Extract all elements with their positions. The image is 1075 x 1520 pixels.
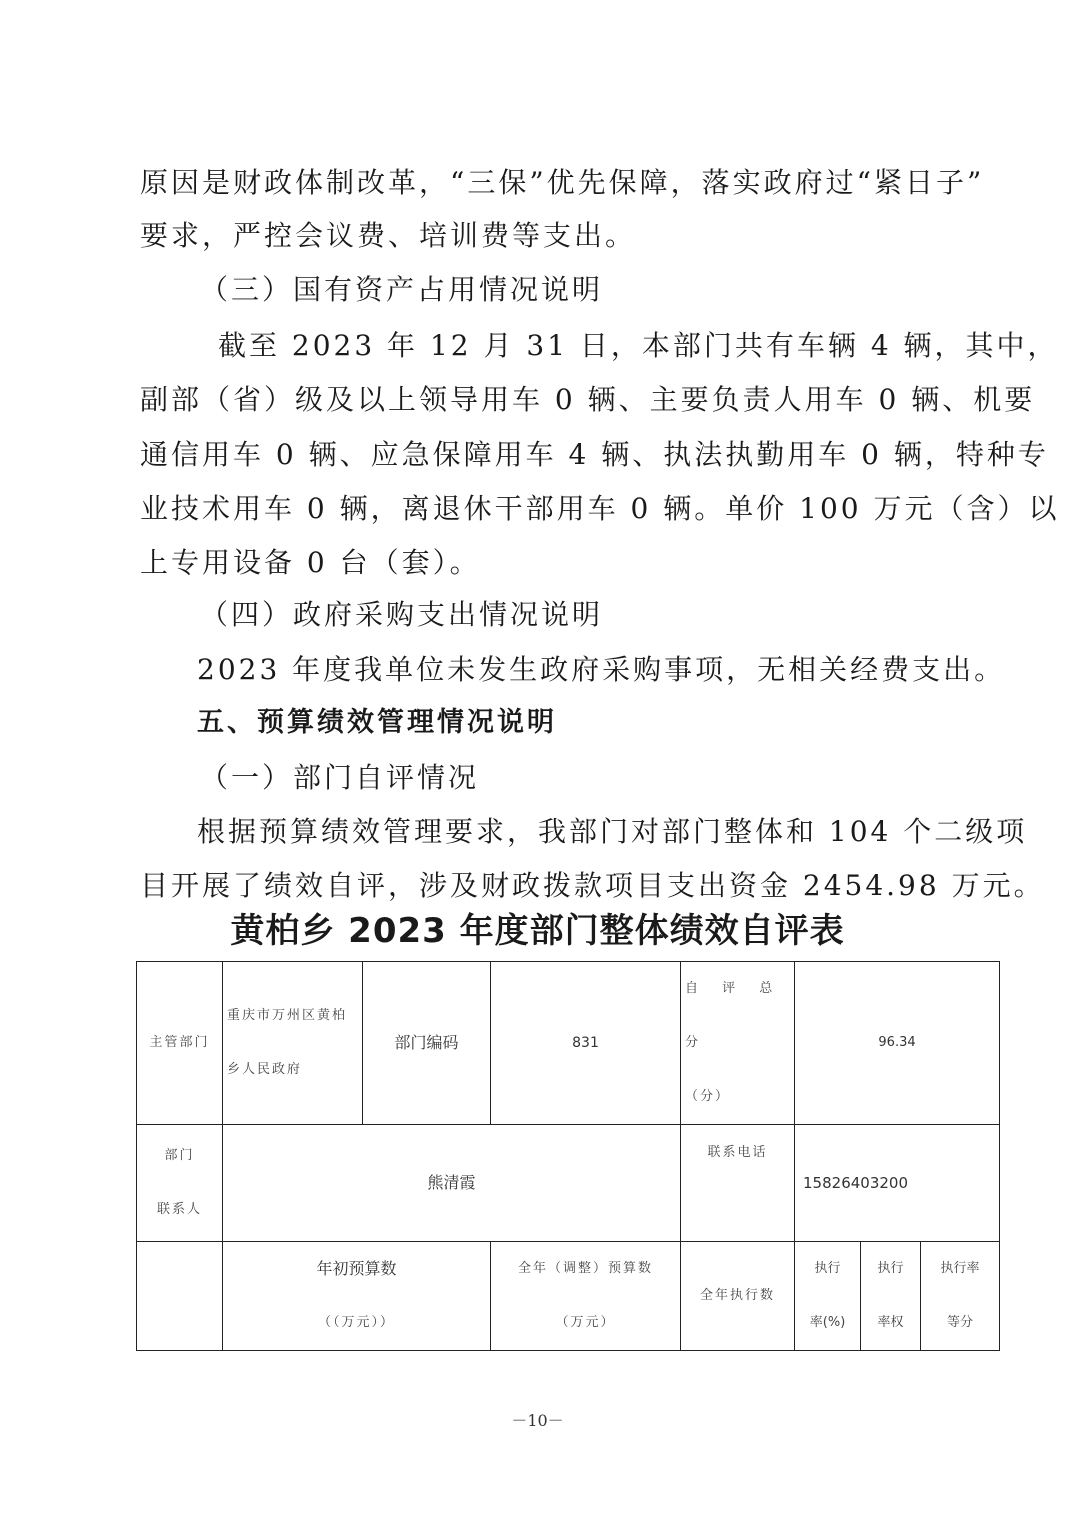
paragraph-line: 业技术用车 0 辆，离退休干部用车 0 辆。单价 100 万元（含）以 (140, 489, 940, 529)
header-initial-budget: 年初预算数 （（万元）） (223, 1242, 491, 1351)
section-heading-3: （三）国有资产占用情况说明 (200, 270, 1000, 310)
label-supervising-dept: 主管部门 (137, 962, 223, 1125)
label-contact-person: 部门 联系人 (137, 1125, 223, 1242)
header-annual-execution: 全年执行数 (681, 1242, 795, 1351)
table-row: 部门 联系人 熊清霞 联系电话 15826403200 (137, 1125, 1000, 1242)
phone-value: 15826403200 (795, 1125, 1000, 1242)
contact-person-value: 熊清霞 (223, 1125, 681, 1242)
label-dept-code: 部门编码 (363, 962, 491, 1125)
paragraph-line: 2023 年度我单位未发生政府采购事项，无相关经费支出。 (197, 650, 997, 690)
paragraph-line: 目开展了绩效自评，涉及财政拨款项目支出资金 2454.98 万元。 (140, 866, 940, 906)
self-evaluation-table: 主管部门 重庆市万州区黄柏 乡人民政府 部门编码 831 自 评 总 分 （分）… (136, 961, 1000, 1351)
header-execution-rate: 执行 率(%) (795, 1242, 861, 1351)
paragraph-line: 通信用车 0 辆、应急保障用车 4 辆、执法执勤用车 0 辆，特种专 (140, 435, 940, 475)
paragraph-line: 原因是财政体制改革，“三保”优先保障，落实政府过“紧日子” (140, 163, 940, 203)
section-heading-4: （四）政府采购支出情况说明 (200, 595, 1000, 635)
paragraph-line: 上专用设备 0 台（套）。 (140, 543, 940, 583)
header-execution-score: 执行率 等分 (921, 1242, 1000, 1351)
header-execution-weight: 执行 率权 (861, 1242, 921, 1351)
paragraph-line: 根据预算绩效管理要求，我部门对部门整体和 104 个二级项 (197, 812, 997, 852)
table-row: 年初预算数 （（万元）） 全年（调整）预算数 （万元） 全年执行数 执行 率(%… (137, 1242, 1000, 1351)
empty-cell (137, 1242, 223, 1351)
paragraph-line: 副部（省）级及以上领导用车 0 辆、主要负责人用车 0 辆、机要 (140, 380, 940, 420)
page-number: －10－ (0, 1408, 1075, 1431)
table-title: 黄柏乡 2023 年度部门整体绩效自评表 (0, 908, 1075, 954)
header-adjusted-budget: 全年（调整）预算数 （万元） (491, 1242, 681, 1351)
label-total-score: 自 评 总 分 （分） (681, 962, 795, 1125)
section-heading-5-1: （一）部门自评情况 (200, 758, 1000, 798)
paragraph-line: 截至 2023 年 12 月 31 日，本部门共有车辆 4 辆，其中， (218, 326, 1018, 366)
table-row: 主管部门 重庆市万州区黄柏 乡人民政府 部门编码 831 自 评 总 分 （分）… (137, 962, 1000, 1125)
total-score-value: 96.34 (795, 962, 1000, 1125)
dept-code-value: 831 (491, 962, 681, 1125)
label-phone: 联系电话 (681, 1125, 795, 1242)
supervising-dept-value: 重庆市万州区黄柏 乡人民政府 (223, 962, 363, 1125)
section-heading-5: 五、预算绩效管理情况说明 (197, 703, 997, 743)
paragraph-line: 要求，严控会议费、培训费等支出。 (140, 216, 940, 256)
